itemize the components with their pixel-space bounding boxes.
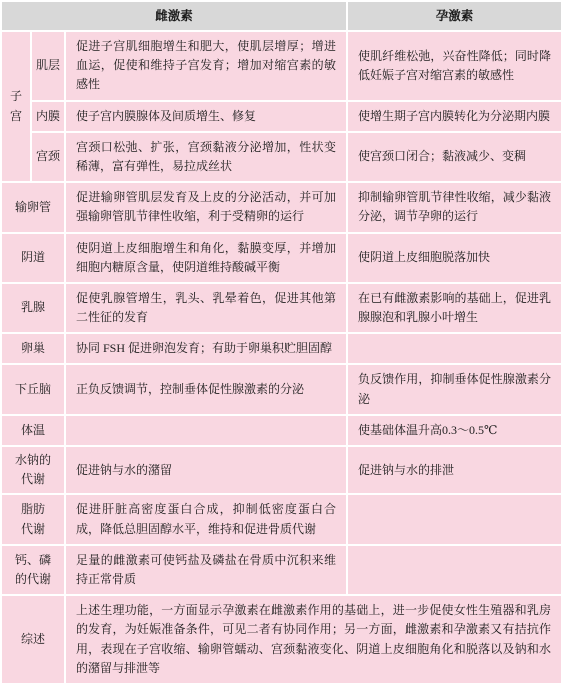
column-header-estrogen: 雌激素 xyxy=(2,2,346,30)
row-label-breast: 乳腺 xyxy=(2,284,64,332)
table-row-body-temperature: 体温 使基础体温升高0.3～0.5℃ xyxy=(2,416,561,445)
cell-summary-text: 上述生理功能，一方面显示孕激素在雌激素作用的基础上，进一步促使女性生殖器和乳房的… xyxy=(66,596,561,683)
cell-progestogen-endometrium: 使增生期子宫内膜转化为分泌期内膜 xyxy=(348,102,561,131)
table-row-hypothalamus: 下丘脑 正负反馈调节，控制垂体促性腺激素的分泌 负反馈作用，抑制垂体促性腺激素分… xyxy=(2,365,561,413)
table-row-endometrium: 内膜 使子宫内膜腺体及间质增生、修复 使增生期子宫内膜转化为分泌期内膜 xyxy=(2,102,561,131)
table-row-fat-metabolism: 脂肪 代谢 促进肝脏高密度蛋白合成，抑制低密度蛋白合成，降低总胆固醇水平，维持和… xyxy=(2,495,561,543)
cell-progestogen-body-temperature: 使基础体温升高0.3～0.5℃ xyxy=(348,416,561,445)
row-label-myometrium: 肌层 xyxy=(32,32,64,100)
cell-estrogen-calcium-phosphorus-metabolism: 足量的雌激素可使钙盐及磷盐在骨质中沉积来维持正常骨质 xyxy=(66,546,346,594)
row-label-summary: 综述 xyxy=(2,596,64,683)
table-row-ovary: 卵巢 协同 FSH 促进卵泡发育；有助于卵巢积贮胆固醇 xyxy=(2,334,561,363)
cell-progestogen-vagina: 使阴道上皮细胞脱落加快 xyxy=(348,234,561,282)
column-header-progestogen: 孕激素 xyxy=(348,2,561,30)
cell-progestogen-cervix: 使宫颈口闭合；黏液减少、变稠 xyxy=(348,133,561,181)
table-row-vagina: 阴道 使阴道上皮细胞增生和角化，黏膜变厚，并增加细胞内糖原含量，使阴道维持酸碱平… xyxy=(2,234,561,282)
row-label-vagina: 阴道 xyxy=(2,234,64,282)
cell-progestogen-hypothalamus: 负反馈作用，抑制垂体促性腺激素分泌 xyxy=(348,365,561,413)
table-row-summary: 综述 上述生理功能，一方面显示孕激素在雌激素作用的基础上，进一步促使女性生殖器和… xyxy=(2,596,561,683)
cell-estrogen-endometrium: 使子宫内膜腺体及间质增生、修复 xyxy=(66,102,346,131)
cell-estrogen-hypothalamus: 正负反馈调节，控制垂体促性腺激素的分泌 xyxy=(66,365,346,413)
cell-estrogen-body-temperature xyxy=(66,416,346,445)
cell-progestogen-water-sodium-metabolism: 促进钠与水的排泄 xyxy=(348,447,561,493)
row-label-endometrium: 内膜 xyxy=(32,102,64,131)
cell-estrogen-vagina: 使阴道上皮细胞增生和角化，黏膜变厚，并增加细胞内糖原含量，使阴道维持酸碱平衡 xyxy=(66,234,346,282)
table-row-myometrium: 子 宫 肌层 促进子宫肌细胞增生和肥大，使肌层增厚；增进血运，促使和维持子宫发育… xyxy=(2,32,561,100)
cell-progestogen-fallopian-tube: 抑制输卵管肌节律性收缩，减少黏液分泌，调节孕卵的运行 xyxy=(348,183,561,231)
row-label-ovary: 卵巢 xyxy=(2,334,64,363)
cell-estrogen-fat-metabolism: 促进肝脏高密度蛋白合成，抑制低密度蛋白合成，降低总胆固醇水平，维持和促进骨质代谢 xyxy=(66,495,346,543)
table-row-calcium-phosphorus-metabolism: 钙、磷 的代谢 足量的雌激素可使钙盐及磷盐在骨质中沉积来维持正常骨质 xyxy=(2,546,561,594)
table-row-fallopian-tube: 输卵管 促进输卵管肌层发育及上皮的分泌活动，并可加强输卵管肌节律性收缩，利于受精… xyxy=(2,183,561,231)
row-label-calcium-phosphorus-metabolism: 钙、磷 的代谢 xyxy=(2,546,64,594)
row-label-body-temperature: 体温 xyxy=(2,416,64,445)
cell-estrogen-fallopian-tube: 促进输卵管肌层发育及上皮的分泌活动，并可加强输卵管肌节律性收缩，利于受精卵的运行 xyxy=(66,183,346,231)
cell-progestogen-ovary xyxy=(348,334,561,363)
row-label-cervix: 宫颈 xyxy=(32,133,64,181)
cell-estrogen-breast: 促使乳腺管增生，乳头、乳晕着色，促进其他第二性征的发育 xyxy=(66,284,346,332)
table-row-breast: 乳腺 促使乳腺管增生，乳头、乳晕着色，促进其他第二性征的发育 在已有雌激素影响的… xyxy=(2,284,561,332)
table-row-water-sodium-metabolism: 水钠的 代谢 促进钠与水的潴留 促进钠与水的排泄 xyxy=(2,447,561,493)
cell-estrogen-cervix: 宫颈口松弛、扩张，宫颈黏液分泌增加，性状变稀薄，富有弹性，易拉成丝状 xyxy=(66,133,346,181)
row-label-fallopian-tube: 输卵管 xyxy=(2,183,64,231)
row-label-uterus: 子 宫 xyxy=(2,32,30,181)
row-label-hypothalamus: 下丘脑 xyxy=(2,365,64,413)
cell-progestogen-calcium-phosphorus-metabolism xyxy=(348,546,561,594)
cell-estrogen-water-sodium-metabolism: 促进钠与水的潴留 xyxy=(66,447,346,493)
table-header-row: 雌激素 孕激素 xyxy=(2,2,561,30)
cell-estrogen-ovary: 协同 FSH 促进卵泡发育；有助于卵巢积贮胆固醇 xyxy=(66,334,346,363)
cell-progestogen-breast: 在已有雌激素影响的基础上，促进乳腺腺泡和乳腺小叶增生 xyxy=(348,284,561,332)
row-label-fat-metabolism: 脂肪 代谢 xyxy=(2,495,64,543)
cell-progestogen-myometrium: 使肌纤维松弛，兴奋性降低；同时降低妊娠子宫对缩宫素的敏感性 xyxy=(348,32,561,100)
cell-progestogen-fat-metabolism xyxy=(348,495,561,543)
table-row-cervix: 宫颈 宫颈口松弛、扩张，宫颈黏液分泌增加，性状变稀薄，富有弹性，易拉成丝状 使宫… xyxy=(2,133,561,181)
cell-estrogen-myometrium: 促进子宫肌细胞增生和肥大，使肌层增厚；增进血运，促使和维持子宫发育；增加对缩宫素… xyxy=(66,32,346,100)
row-label-water-sodium-metabolism: 水钠的 代谢 xyxy=(2,447,64,493)
hormone-comparison-table: 雌激素 孕激素 子 宫 肌层 促进子宫肌细胞增生和肥大，使肌层增厚；增进血运，促… xyxy=(0,0,563,685)
